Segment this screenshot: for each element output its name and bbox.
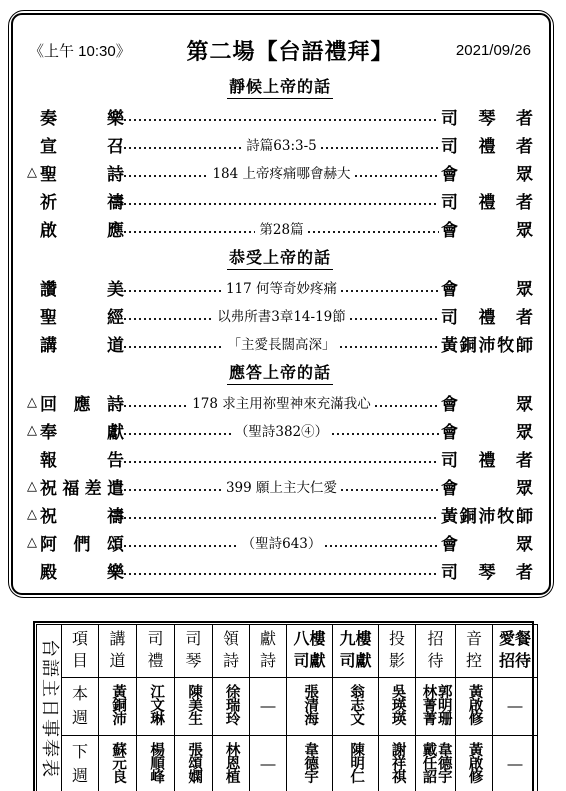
item-name: 聖 經: [40, 303, 124, 328]
dotted-leader: [124, 545, 238, 547]
duty-name: 林恩植: [223, 742, 238, 783]
duty-name: 陳明仁: [348, 742, 363, 783]
duty-col-header: 講 道: [99, 625, 137, 678]
dotted-leader: [124, 231, 255, 233]
duty-name: 張頌嫻: [186, 742, 201, 783]
program-header: 《上午 10:30》 第二場【台語禮拜】 2021/09/26: [29, 35, 531, 66]
empty-dash: —: [261, 698, 276, 715]
duty-cell: 楊順峰: [137, 736, 175, 791]
performer-label: 黃銅沛牧師: [441, 331, 533, 356]
duty-cell: —: [250, 736, 287, 791]
dotted-leader: [124, 405, 188, 407]
duty-name: 蘇元良: [110, 742, 125, 783]
triangle-marker: △: [27, 394, 40, 410]
duty-cell: —: [493, 736, 538, 791]
dotted-leader: [124, 203, 439, 205]
duty-name: 黃銅沛: [110, 684, 125, 725]
item-label: 讚 美: [27, 275, 124, 300]
item-name: 奉 獻: [40, 418, 124, 443]
duty-cell: 韋德宇: [287, 736, 333, 791]
performer-label: 司 禮 者: [441, 303, 533, 328]
triangle-marker: △: [27, 478, 40, 494]
triangle-marker: △: [27, 506, 40, 522]
duty-cell: 陳美生: [175, 678, 213, 736]
performer-label: 會 眾: [441, 216, 533, 241]
item-label: 宣 召: [27, 132, 124, 157]
item-name: 回 應 詩: [40, 390, 124, 415]
duty-cell: 黃啟修: [456, 678, 493, 736]
dotted-leader: [124, 346, 224, 348]
duty-col-header: 司 禮: [137, 625, 175, 678]
duty-cell: 郭明珊林菁菁: [416, 678, 456, 736]
week-label: 本 週: [62, 678, 99, 736]
duty-cell: 張頌嫻: [175, 736, 213, 791]
duty-cell: 徐瑞玲: [213, 678, 250, 736]
item-name: 祝 禱: [40, 502, 124, 527]
duty-cell: 韋德宇戴任詔: [416, 736, 456, 791]
duty-cell: 江文琳: [137, 678, 175, 736]
dotted-leader: [124, 119, 439, 121]
performer-label: 司 禮 者: [441, 188, 533, 213]
program-sections: 靜候上帝的話奏 樂司 琴 者宣 召詩篇63:3-5司 禮 者△聖 詩184 上帝…: [27, 74, 533, 584]
duty-cell: 翁志文: [333, 678, 379, 736]
performer-label: 會 眾: [441, 275, 533, 300]
duty-table-title: 台語主日事奉表: [39, 639, 59, 779]
program-item-row: 祈 禱司 禮 者: [27, 186, 533, 214]
duty-cell: 陳明仁: [333, 736, 379, 791]
duty-names: 韋德宇戴任詔: [420, 742, 450, 783]
dotted-leader: [308, 231, 439, 233]
duty-cell: 謝祥祺: [379, 736, 416, 791]
empty-dash: —: [508, 698, 523, 715]
dotted-leader: [355, 175, 439, 177]
duty-name: 戴任詔: [420, 742, 435, 783]
program-item-row: 殿 樂司 琴 者: [27, 556, 533, 584]
duty-cell: 張清海: [287, 678, 333, 736]
item-label: △祝 禱: [27, 502, 124, 527]
dotted-leader: [375, 405, 439, 407]
duty-table: 台語主日事奉表項 目講 道司 禮司 琴領 詩獻 詩八樓 司獻九樓 司獻投 影招 …: [36, 624, 538, 791]
duty-name: 翁志文: [348, 684, 363, 725]
item-name: 祈 禱: [40, 188, 124, 213]
service-date: 2021/09/26: [421, 42, 531, 59]
program-item-row: 讚 美117 何等奇妙疼痛會 眾: [27, 273, 533, 301]
duty-name: 張清海: [302, 684, 317, 725]
duty-name: 徐瑞玲: [223, 684, 238, 725]
service-time: 《上午 10:30》: [29, 40, 159, 61]
item-content: 第28篇: [255, 218, 307, 238]
duty-name: 吳瑛瑛: [389, 684, 404, 725]
dotted-leader: [340, 346, 440, 348]
duty-cell: 黃銅沛: [99, 678, 137, 736]
item-label: 殿 樂: [27, 558, 124, 583]
dotted-leader: [124, 489, 222, 491]
duty-name: 韋德宇: [436, 742, 451, 783]
section-heading: 靜候上帝的話: [27, 74, 533, 99]
program-item-row: 奏 樂司 琴 者: [27, 102, 533, 130]
duty-row: 下 週蘇元良楊順峰張頌嫻林恩植—韋德宇陳明仁謝祥祺韋德宇戴任詔黃啟修—: [37, 736, 538, 791]
duty-name: 江文琳: [148, 684, 163, 725]
duty-name: 林菁菁: [420, 684, 435, 725]
duty-name: 謝祥祺: [389, 742, 404, 783]
dotted-leader: [341, 489, 439, 491]
dotted-leader: [341, 290, 439, 292]
performer-label: 會 眾: [441, 390, 533, 415]
duty-roster: 台語主日事奉表項 目講 道司 禮司 琴領 詩獻 詩八樓 司獻九樓 司獻投 影招 …: [33, 621, 534, 791]
duty-col-header: 愛餐 招待: [493, 625, 538, 678]
performer-label: 黃銅沛牧師: [441, 502, 533, 527]
duty-name: 黃啟修: [466, 684, 481, 725]
program-item-row: △祝福差遣399 願上主大仁愛會 眾: [27, 472, 533, 500]
program-item-row: 聖 經以弗所書3章14-19節司 禮 者: [27, 301, 533, 329]
triangle-marker: △: [27, 422, 40, 438]
empty-dash: —: [508, 756, 523, 773]
duty-row: 本 週黃銅沛江文琳陳美生徐瑞玲—張清海翁志文吳瑛瑛郭明珊林菁菁黃啟修—: [37, 678, 538, 736]
dotted-leader: [350, 318, 439, 320]
dotted-leader: [124, 147, 242, 149]
item-name: 殿 樂: [40, 558, 124, 583]
item-name: 啟 應: [40, 216, 124, 241]
section-heading: 應答上帝的話: [27, 360, 533, 385]
duty-cell: 黃啟修: [456, 736, 493, 791]
duty-name: 楊順峰: [148, 742, 163, 783]
program-item-row: 宣 召詩篇63:3-5司 禮 者: [27, 130, 533, 158]
item-label: △聖 詩: [27, 160, 124, 185]
duty-col-header: 投 影: [379, 625, 416, 678]
duty-col-header: 獻 詩: [250, 625, 287, 678]
section-heading-text: 靜候上帝的話: [227, 74, 333, 99]
triangle-marker: △: [27, 164, 40, 180]
duty-cell: 吳瑛瑛: [379, 678, 416, 736]
item-content: 「主愛長闊高深」: [224, 333, 340, 353]
item-name: 聖 詩: [40, 160, 124, 185]
performer-label: 會 眾: [441, 160, 533, 185]
performer-label: 司 琴 者: [441, 104, 533, 129]
dotted-leader: [321, 147, 439, 149]
triangle-marker: △: [27, 534, 40, 550]
dotted-leader: [124, 290, 222, 292]
item-label: △奉 獻: [27, 418, 124, 443]
program-item-row: 啟 應第28篇會 眾: [27, 214, 533, 242]
performer-label: 司 琴 者: [441, 558, 533, 583]
performer-label: 會 眾: [441, 474, 533, 499]
section-heading: 恭受上帝的話: [27, 245, 533, 270]
duty-cell: 林恩植: [213, 736, 250, 791]
item-name: 報 告: [40, 446, 124, 471]
duty-col-header: 九樓 司獻: [333, 625, 379, 678]
item-label: △回 應 詩: [27, 390, 124, 415]
item-content: 以弗所書3章14-19節: [213, 305, 350, 325]
duty-name: 黃啟修: [466, 742, 481, 783]
performer-label: 會 眾: [441, 530, 533, 555]
item-name: 宣 召: [40, 132, 124, 157]
program-item-row: △祝 禱黃銅沛牧師: [27, 500, 533, 528]
duty-cell: —: [493, 678, 538, 736]
program-item-row: 講 道「主愛長闊高深」黃銅沛牧師: [27, 329, 533, 357]
empty-dash: —: [261, 756, 276, 773]
dotted-leader: [332, 433, 439, 435]
program-item-row: △奉 獻（聖詩382④）會 眾: [27, 416, 533, 444]
item-label: 祈 禱: [27, 188, 124, 213]
duty-col-header: 音 控: [456, 625, 493, 678]
duty-table-title-cell: 台語主日事奉表: [37, 625, 62, 791]
program-box-inner: 《上午 10:30》 第二場【台語禮拜】 2021/09/26 靜候上帝的話奏 …: [11, 13, 551, 595]
program-item-row: △聖 詩184 上帝疼痛哪會赫大會 眾: [27, 158, 533, 186]
duty-col-header: 八樓 司獻: [287, 625, 333, 678]
dotted-leader: [124, 318, 213, 320]
dotted-leader: [124, 175, 208, 177]
item-name: 阿 們 頌: [40, 530, 124, 555]
item-label: △阿 們 頌: [27, 530, 124, 555]
performer-label: 司 禮 者: [441, 132, 533, 157]
item-content: 178 求主用祢聖神來充滿我心: [188, 392, 375, 412]
section-heading-text: 恭受上帝的話: [227, 245, 333, 270]
performer-label: 司 禮 者: [441, 446, 533, 471]
duty-name: 郭明珊: [436, 684, 451, 725]
item-content: 詩篇63:3-5: [242, 134, 320, 154]
item-name: 讚 美: [40, 275, 124, 300]
dotted-leader: [124, 573, 439, 575]
item-name: 講 道: [40, 331, 124, 356]
dotted-leader: [325, 545, 439, 547]
duty-name: 韋德宇: [302, 742, 317, 783]
week-label: 下 週: [62, 736, 99, 791]
item-content: 184 上帝疼痛哪會赫大: [208, 162, 354, 182]
duty-header-row: 台語主日事奉表項 目講 道司 禮司 琴領 詩獻 詩八樓 司獻九樓 司獻投 影招 …: [37, 625, 538, 678]
item-label: 講 道: [27, 331, 124, 356]
program-box: 《上午 10:30》 第二場【台語禮拜】 2021/09/26 靜候上帝的話奏 …: [8, 10, 554, 598]
dotted-leader: [124, 517, 439, 519]
item-name: 祝福差遣: [40, 474, 124, 499]
duty-col-header: 領 詩: [213, 625, 250, 678]
item-label: 啟 應: [27, 216, 124, 241]
section-heading-text: 應答上帝的話: [227, 360, 333, 385]
dotted-leader: [124, 433, 231, 435]
item-content: （聖詩382④）: [231, 420, 332, 440]
item-content: 117 何等奇妙疼痛: [222, 277, 341, 297]
item-label: △祝福差遣: [27, 474, 124, 499]
duty-cell: —: [250, 678, 287, 736]
item-label: 奏 樂: [27, 104, 124, 129]
dotted-leader: [124, 461, 439, 463]
duty-cell: 蘇元良: [99, 736, 137, 791]
program-item-row: △阿 們 頌（聖詩643）會 眾: [27, 528, 533, 556]
duty-name: 陳美生: [186, 684, 201, 725]
item-label: 聖 經: [27, 303, 124, 328]
duty-col-header: 司 琴: [175, 625, 213, 678]
item-content: （聖詩643）: [238, 532, 326, 552]
item-label: 報 告: [27, 446, 124, 471]
item-content: 399 願上主大仁愛: [222, 476, 341, 496]
page-title: 第二場【台語禮拜】: [159, 35, 421, 66]
item-name: 奏 樂: [40, 104, 124, 129]
program-item-row: 報 告司 禮 者: [27, 444, 533, 472]
program-item-row: △回 應 詩178 求主用祢聖神來充滿我心會 眾: [27, 388, 533, 416]
duty-names: 郭明珊林菁菁: [420, 684, 450, 725]
performer-label: 會 眾: [441, 418, 533, 443]
duty-col-header-item: 項 目: [62, 625, 99, 678]
duty-col-header: 招 待: [416, 625, 456, 678]
